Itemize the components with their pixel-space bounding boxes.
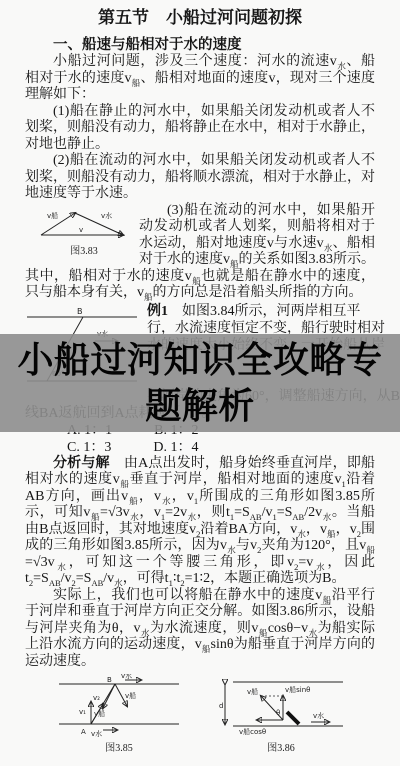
fig385-label-v2: v₂ [93,694,100,702]
fig385-label-b: B [107,676,112,684]
options-block: A. 1：1 B. 1：2 C. 1：3 D. 1：4 [25,422,375,456]
example-line: 线BA返航回到A点耗时（ ）。 [25,405,375,422]
figure-3-86: d v船 v船sinθ θ v船cosθ v水 图3.86 [217,674,345,754]
decomposition-diagram: d v船 v船sinθ θ v船cosθ v水 [217,674,345,738]
analysis-label: 分析与解 [53,456,124,471]
fig385-label-a: A [81,728,86,736]
paragraph-intro: 小船过河问题，涉及三个速度：河水的流速v水、船相对于水的速度v船、船相对地面的速… [25,54,375,104]
example-line: 与河岸的夹角为60°，调整船速方向，从B点出发沿直 [25,388,375,405]
analysis-paragraph: 分析与解 由A点出发时，船身始终垂直河岸，即船相对水的速度v船垂直于河岸，船相对… [25,456,375,588]
fig386-label-vsin: v船sinθ [285,685,310,694]
fig386-label-d: d [219,702,223,710]
fig385-label-vboat-bottom: v船 [94,709,105,718]
fig385-label-vwater-bottom: v水 [91,729,102,738]
options-row-ab: A. 1：1 B. 1：2 [25,422,375,439]
fig383-label-v: v [79,226,83,234]
figure-3-84: B v水 60° [25,305,141,389]
figure-3-83: v船 v水 v 图3.83 [33,205,135,253]
two-trip-vector-diagram: B v水 v₂ v船 v₁ v船 A v水 [55,674,183,738]
figure-3-83-caption: 图3.83 [33,246,135,257]
figure-3-86-caption: 图3.86 [217,743,345,754]
paragraph-1: (1)船在静止的河水中，如果船关闭发动机或者人不划桨，则船没有动力，船将静止在水… [25,104,375,154]
section-heading: 一、船速与船相对于水的速度 [25,36,375,54]
document-body: 第五节 小船过河问题初探 一、船速与船相对于水的速度 小船过河问题，涉及三个速度… [0,0,400,754]
bottom-figures-row: B v水 v₂ v船 v₁ v船 A v水 图3.85 [25,674,375,754]
example-1-block: B v水 60° 例1 如图3.84所示，河两岸相互平 行，水流速度恒定不变，船… [25,303,375,422]
fig383-label-vwater: v水 [101,211,112,220]
fig385-label-vwater-top: v水 [121,674,132,680]
fig386-label-theta: θ [276,709,280,717]
figure-3-85-caption: 图3.85 [55,743,183,754]
example-label: 例1 [147,304,182,319]
fig385-label-vboat-top: v船 [125,691,136,700]
fig386-label-vwater: v水 [313,711,324,720]
page-title: 第五节 小船过河问题初探 [25,6,375,30]
fig385-label-v1: v₁ [79,708,86,716]
fig383-label-vboat: v船 [47,211,58,220]
example-line-text: 如图3.84所示，河两岸相互平 [182,304,361,319]
fig384-label-vwater: v水 [97,329,108,338]
vector-triangle-diagram: v船 v水 v [33,205,133,241]
fig384-label-b: B [77,307,83,316]
options-row-cd: C. 1：3 D. 1：4 [25,439,375,456]
fig386-label-vboat: v船 [247,687,258,696]
figure-3-85: B v水 v₂ v船 v₁ v船 A v水 图3.85 [55,674,183,754]
textbook-page: 第五节 小船过河问题初探 一、船速与船相对于水的速度 小船过河问题，涉及三个速度… [0,0,400,766]
fig384-label-angle: 60° [52,370,64,378]
paragraph-2: (2)船在流动的河水中，如果船关闭发动机或者人不划桨，则船没有动力，船将顺水漂流… [25,153,375,203]
note-paragraph: 实际上，我们也可以将船在静水中的速度v船沿平行于河岸和垂直于河岸方向正交分解。如… [25,588,375,671]
river-crossing-diagram: B v水 60° [25,305,139,387]
fig386-label-vcos: v船cosθ [239,727,266,736]
paragraph-3-block: v船 v水 v 图3.83 (3)船在流动的河水中，如果船开动发动机或者人划桨，… [25,203,375,302]
analysis-text: 由A点出发时，船身始终垂直河岸，即船相对水的速度v船垂直于河岸，船相对地面的速度… [25,456,375,587]
